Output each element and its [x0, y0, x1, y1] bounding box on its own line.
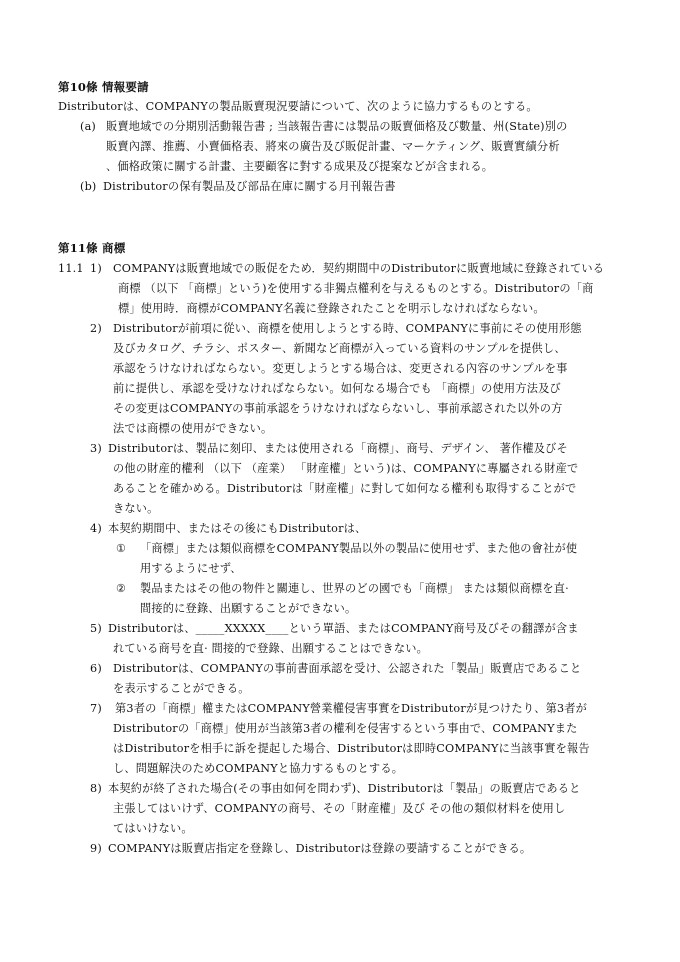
item-number: 8)	[90, 782, 102, 796]
item-line: 前に提供し、承認を受けなければならない。如何なる場合でも 「商標」の使用方法及び	[113, 382, 561, 396]
item-b-text: Distributorの保有製品及び部品在庫に關する月刊報告書	[103, 180, 396, 194]
subitem-line: 製品またはその他の物件と關連し、世界のどの國でも「商標」 または類似商標を直·	[140, 582, 569, 596]
item-number: 4)	[90, 522, 102, 536]
item-a-label: (a)	[80, 120, 96, 134]
item-number: 1)	[90, 262, 102, 276]
article-10-heading: 第10條 情報要請	[58, 80, 149, 94]
item-line: Distributorの「商標」使用が当該第3者の權利を侵害するという事由で、C…	[113, 722, 578, 736]
item-line: 主張してはいけず、COMPANYの商号、その「財産權」及び その他の類似材料を使…	[113, 802, 565, 816]
item-number: 5)	[90, 622, 102, 636]
item-line: Distributorは、製品に刻印、または使用される「商標」、商号、デザイン、…	[108, 442, 568, 456]
item-number: 3)	[90, 442, 102, 456]
item-number: 9)	[90, 842, 102, 856]
article-10-intro: Distributorは、COMPANYの製品販賣現況要請について、次のように協…	[58, 100, 538, 114]
item-line: 標」使用時．商標がCOMPANY名義に登錄されたことを明示しなければならない。	[118, 302, 545, 316]
item-line: きない。	[113, 502, 159, 516]
item-line: 法では商標の使用ができない。	[113, 422, 272, 436]
item-number: 6)	[90, 662, 102, 676]
item-line: Distributorは、COMPANYの事前書面承認を受け、公認された「製品」…	[113, 662, 581, 676]
item-line: 本契約が終了された場合(その事由如何を問わず)、Distributorは「製品」…	[108, 782, 581, 796]
item-line: 及びカタログ、チラシ、ポスター、新聞など商標が入っている資料のサンプルを提供し、	[113, 342, 566, 356]
item-line: Distributorが前項に從い、商標を使用しようとする時、COMPANYに事…	[113, 322, 582, 336]
item-line: 本契約期間中、またはその後にもDistributorは、	[108, 522, 366, 536]
item-line: 承認をうけなければならない。変更しようとする場合は、変更される內容のサンプルを事	[113, 362, 568, 376]
item-line: し、問題解決のためCOMPANYと協力するものとする。	[113, 762, 403, 776]
item-line: れている商号を直· 間接的で登錄、出願することはできない。	[113, 642, 428, 656]
subitem-line: 用するようにせず、	[140, 562, 242, 576]
item-line: 第3者の「商標」權またはCOMPANY營業權侵害事實をDistributorが見…	[115, 702, 587, 716]
article-11-heading: 第11條 商標	[58, 241, 125, 255]
item-a-line: 販賣地域での分期別活動報告書 ; 当該報告書には製品の販賣価格及び數量、州(St…	[106, 120, 568, 134]
item-a-line: 、価格政策に關する計畫、主要顧客に對する成果及び提案などが含まれる。	[106, 160, 493, 174]
subitem-marker: ②	[116, 582, 126, 596]
item-line: あることを確かめる。Distributorは「財産權」に對して如何なる權利も取得…	[113, 482, 576, 496]
subitem-marker: ①	[116, 542, 126, 556]
item-line: COMPANYは販賣地域での販促をため．契約期間中のDistributorに販賣…	[113, 262, 604, 276]
item-line: Distributorは、_____XXXXX____という單語、またはCOMP…	[108, 622, 579, 636]
item-line: COMPANYは販賣店指定を登錄し、Distributorは登錄の要請することが…	[108, 842, 531, 856]
item-line: てはいけない。	[113, 822, 193, 836]
item-number: 7)	[90, 702, 102, 716]
item-line: 商標 （以下 「商標」という)を使用する非獨点權利を与えるものとする。Distr…	[118, 282, 594, 296]
subitem-line: 「商標」または類似商標をCOMPANY製品以外の製品に使用せず、また他の會社が使	[140, 542, 577, 556]
item-a-line: 販賣內譯、推薦、小賣価格表、將來の廣告及び販促計畫、マーケティング、販賣實績分析	[106, 140, 560, 154]
item-number: 2)	[90, 322, 102, 336]
section-number: 11.1	[58, 262, 84, 276]
item-b-label: (b)	[80, 180, 97, 194]
subitem-line: 間接的に登錄、出願することができない。	[140, 602, 356, 616]
item-line: はDistributorを相手に訴を提起した場合、Distributorは即時C…	[113, 742, 590, 756]
item-line: の他の財産的權利 （以下 （産業） 「財産權」という)は、COMPANYに專屬さ…	[113, 462, 578, 476]
item-line: を表示することができる。	[113, 682, 250, 696]
item-line: その変更はCOMPANYの事前承認をうけなければならないし、事前承認された以外の…	[113, 402, 563, 416]
document-page: 第10條 情報要請 Distributorは、COMPANYの製品販賣現況要請に…	[0, 0, 680, 962]
